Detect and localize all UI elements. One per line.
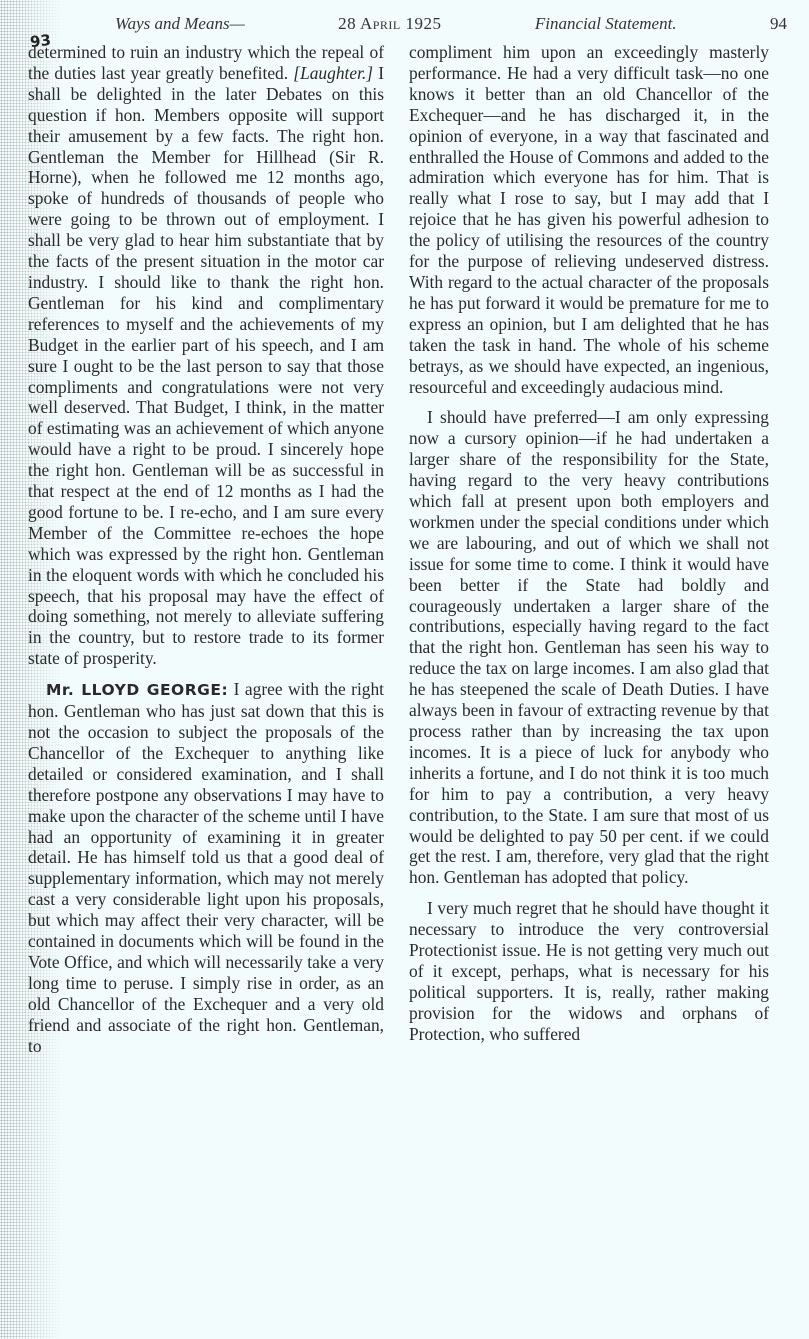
right-column: compliment him upon an exceedingly maste… xyxy=(409,42,769,1045)
header-date: 28 April 1925 xyxy=(338,14,441,34)
left-column: determined to ruin an industry which the… xyxy=(28,42,384,1057)
header-subject: Financial Statement. xyxy=(535,14,677,34)
running-header: Ways and Means— 28 April 1925 Financial … xyxy=(115,14,787,36)
right-paragraph-3: I very much regret that he should have t… xyxy=(409,898,769,1044)
left-paragraph-1: determined to ruin an industry which the… xyxy=(28,42,384,669)
left-para2-text: I agree with the right hon. Gentleman wh… xyxy=(28,679,384,1055)
laughter-annotation: [Laughter.] xyxy=(293,63,373,83)
left-para1-text-b: I shall be delighted in the later Debate… xyxy=(28,63,384,668)
left-paragraph-2: Mr. LLOYD GEORGE: I agree with the right… xyxy=(28,679,384,1056)
header-section-title: Ways and Means— xyxy=(115,14,245,34)
right-paragraph-1: compliment him upon an exceedingly maste… xyxy=(409,42,769,397)
right-paragraph-2: I should have preferred—I am only expres… xyxy=(409,407,769,888)
speaker-name: Mr. LLOYD GEORGE: xyxy=(46,681,228,699)
header-page-number: 94 xyxy=(770,14,787,34)
